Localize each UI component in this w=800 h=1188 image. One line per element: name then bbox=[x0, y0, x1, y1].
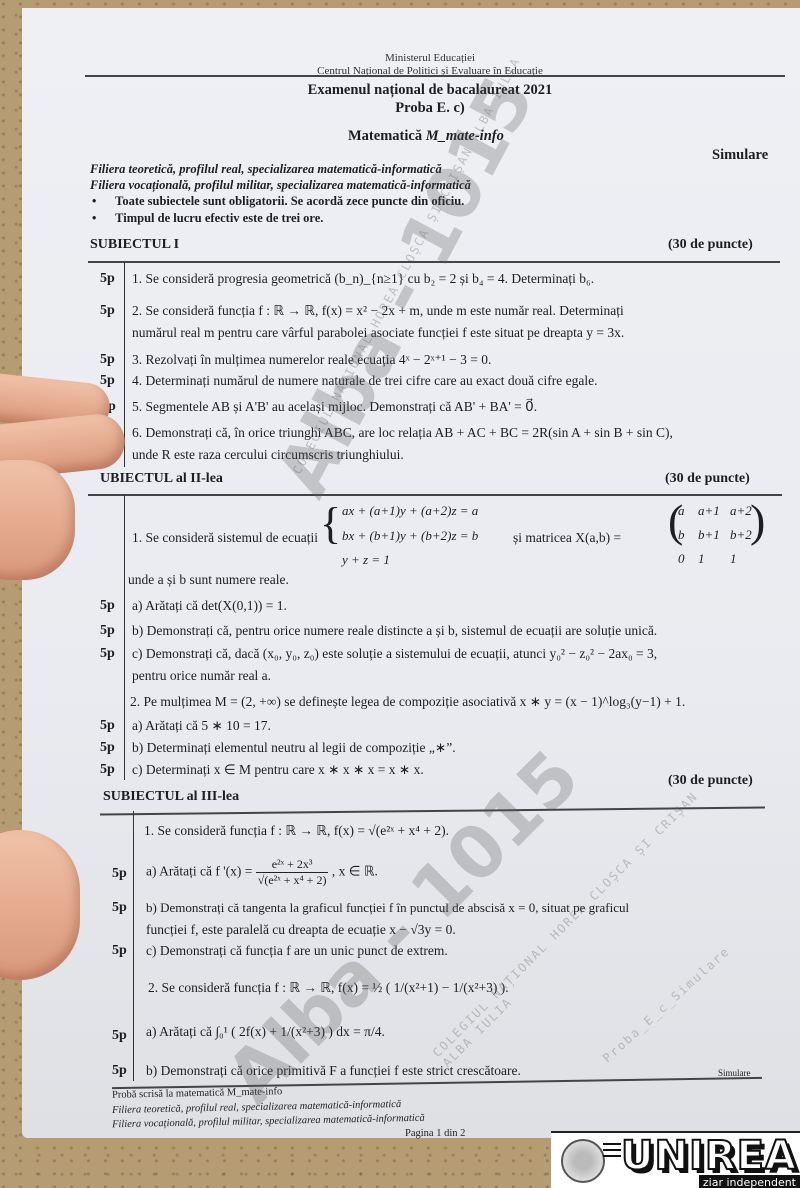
points-label: 5p bbox=[112, 1063, 127, 1079]
points-label: 5p bbox=[100, 623, 115, 639]
s3-p1-c: c) Demonstrați că funcția f are un unic … bbox=[146, 943, 448, 959]
s2-p2-b: b) Determinați elementul neutru al legii… bbox=[132, 740, 456, 756]
subject2-points-column bbox=[124, 495, 125, 780]
matrix-right-paren: ) bbox=[750, 498, 765, 544]
logo-stripe bbox=[603, 1155, 621, 1157]
rule-1: • Toate subiectele sunt obligatorii. Se … bbox=[92, 194, 464, 209]
s1-q1: 1. Se consideră progresia geometrică (b_… bbox=[132, 271, 594, 287]
s1-q6-cont: unde R este raza cercului circumscris tr… bbox=[132, 447, 404, 463]
matrix-cell: a+2 bbox=[730, 503, 752, 519]
subject3-title: SUBIECTUL al III-lea bbox=[103, 789, 239, 805]
logo-stripe bbox=[603, 1149, 621, 1151]
system-eq-1: ax + (a+1)y + (a+2)z = a bbox=[342, 503, 478, 519]
points-label: 5p bbox=[100, 740, 115, 756]
s3-p1-intro: 1. Se consideră funcția f : ℝ → ℝ, f(x) … bbox=[144, 823, 449, 839]
rule-2: • Timpul de lucru efectiv este de trei o… bbox=[92, 211, 323, 226]
s1-q4: 4. Determinați numărul de numere natural… bbox=[132, 373, 598, 389]
matrix-cell: 1 bbox=[698, 551, 705, 567]
exam-title: Examenul național de bacalaureat 2021 bbox=[250, 82, 610, 99]
s2-p1-intro: 1. Se consideră sistemul de ecuații bbox=[132, 530, 318, 546]
points-label: 5p bbox=[112, 900, 127, 916]
s2-p1-where: unde a și b sunt numere reale. bbox=[128, 572, 289, 588]
points-label: 5p bbox=[100, 303, 115, 319]
subject3-points-column bbox=[133, 811, 134, 1081]
subject2-points: (30 de puncte) bbox=[665, 471, 750, 487]
s1-q3: 3. Rezolvați în mulțimea numerelor reale… bbox=[132, 352, 491, 368]
track-2: Filiera vocațională, profilul militar, s… bbox=[90, 178, 471, 193]
s1-q2: 2. Se consideră funcția f : ℝ → ℝ, f(x) … bbox=[132, 303, 624, 319]
s3-p2-intro: 2. Se consideră funcția f : ℝ → ℝ, f(x) … bbox=[148, 980, 509, 996]
matrix-cell: a bbox=[678, 503, 685, 519]
points-label: 5p bbox=[112, 866, 127, 882]
matrix-cell: a+1 bbox=[698, 503, 720, 519]
track-1: Filiera teoretică, profilul real, specia… bbox=[90, 162, 442, 177]
s3-p1-a: a) Arătați că f '(x) = e²ˣ + 2x³ √(e²ˣ +… bbox=[146, 857, 378, 888]
ministry: Ministerul Educației bbox=[300, 52, 560, 64]
points-label: 5p bbox=[100, 271, 115, 287]
points-label: 5p bbox=[100, 373, 115, 389]
points-label: 5p bbox=[112, 1028, 127, 1044]
s3-p2-a: a) Arătați că ∫₀¹ ( 2f(x) + 1/(x²+3) ) d… bbox=[146, 1024, 385, 1040]
points-label: 5p bbox=[100, 598, 115, 614]
points-label: 5p bbox=[100, 646, 115, 662]
derivative-fraction: e²ˣ + 2x³ √(e²ˣ + x⁴ + 2) bbox=[256, 857, 329, 888]
footer-simulare: Simulare bbox=[718, 1068, 751, 1078]
s3-p2-b: b) Demonstrați că orice primitivă F a fu… bbox=[146, 1063, 521, 1079]
seal-icon bbox=[561, 1139, 605, 1183]
s1-q2-cont: numărul real m pentru care vârful parabo… bbox=[132, 325, 624, 341]
points-label: 5p bbox=[100, 352, 115, 368]
system-eq-3: y + z = 1 bbox=[342, 552, 390, 568]
s2-p1-c: c) Demonstrați că, dacă (x₀, y₀, z₀) est… bbox=[132, 646, 657, 662]
simulare-tag: Simulare bbox=[712, 147, 768, 164]
s2-p1-b: b) Demonstrați că, pentru orice numere r… bbox=[132, 623, 657, 639]
subject2-title: UBIECTUL al II-lea bbox=[100, 471, 223, 487]
subject1-points: (30 de puncte) bbox=[668, 237, 753, 253]
matrix-cell: 1 bbox=[730, 551, 737, 567]
logo-stripe bbox=[603, 1143, 621, 1145]
system-brace: { bbox=[320, 502, 341, 546]
logo-tagline: ziar independent bbox=[699, 1175, 800, 1188]
exam-test: Proba E. c) bbox=[350, 100, 510, 117]
s1-q6: 6. Demonstrați că, în orice triunghi ABC… bbox=[132, 425, 673, 441]
page-number: Pagina 1 din 2 bbox=[405, 1128, 465, 1139]
s2-p1-a: a) Arătați că det(X(0,1)) = 1. bbox=[132, 598, 287, 614]
s1-q5: 5. Segmentele AB și A'B' au același mijl… bbox=[132, 399, 537, 415]
exam-subject: Matematică M_mate-info bbox=[348, 128, 504, 145]
system-eq-2: bx + (b+1)y + (b+2)z = b bbox=[342, 528, 478, 544]
points-label: 5p bbox=[112, 943, 127, 959]
matrix-cell: b+2 bbox=[730, 527, 752, 543]
newspaper-logo: UNIREA ziar independent bbox=[551, 1131, 800, 1188]
s2-p2-intro: 2. Pe mulțimea M = (2, +∞) se definește … bbox=[130, 694, 685, 710]
subject1-title: SUBIECTUL I bbox=[90, 237, 179, 253]
points-label: 5p bbox=[100, 718, 115, 734]
s3-p1-b-cont: funcției f, este paralelă cu dreapta de … bbox=[146, 922, 456, 938]
logo-wordmark: UNIREA bbox=[621, 1133, 797, 1179]
matrix-cell: b bbox=[678, 527, 685, 543]
header-rule bbox=[85, 75, 785, 77]
matrix-cell: 0 bbox=[678, 551, 685, 567]
matrix-cell: b+1 bbox=[698, 527, 720, 543]
subject3-points: (30 de puncte) bbox=[668, 773, 753, 789]
s2-p2-a: a) Arătați că 5 ∗ 10 = 17. bbox=[132, 718, 271, 734]
subject1-rule bbox=[88, 261, 780, 263]
s2-p2-c: c) Determinați x ∈ M pentru care x ∗ x ∗… bbox=[132, 762, 424, 778]
matrix-label: și matricea X(a,b) = bbox=[513, 530, 621, 546]
s3-p1-b: b) Demonstrați că tangenta la graficul f… bbox=[146, 900, 629, 916]
points-label: 5p bbox=[100, 762, 115, 778]
s2-p1-c-cont: pentru orice număr real a. bbox=[132, 668, 271, 684]
